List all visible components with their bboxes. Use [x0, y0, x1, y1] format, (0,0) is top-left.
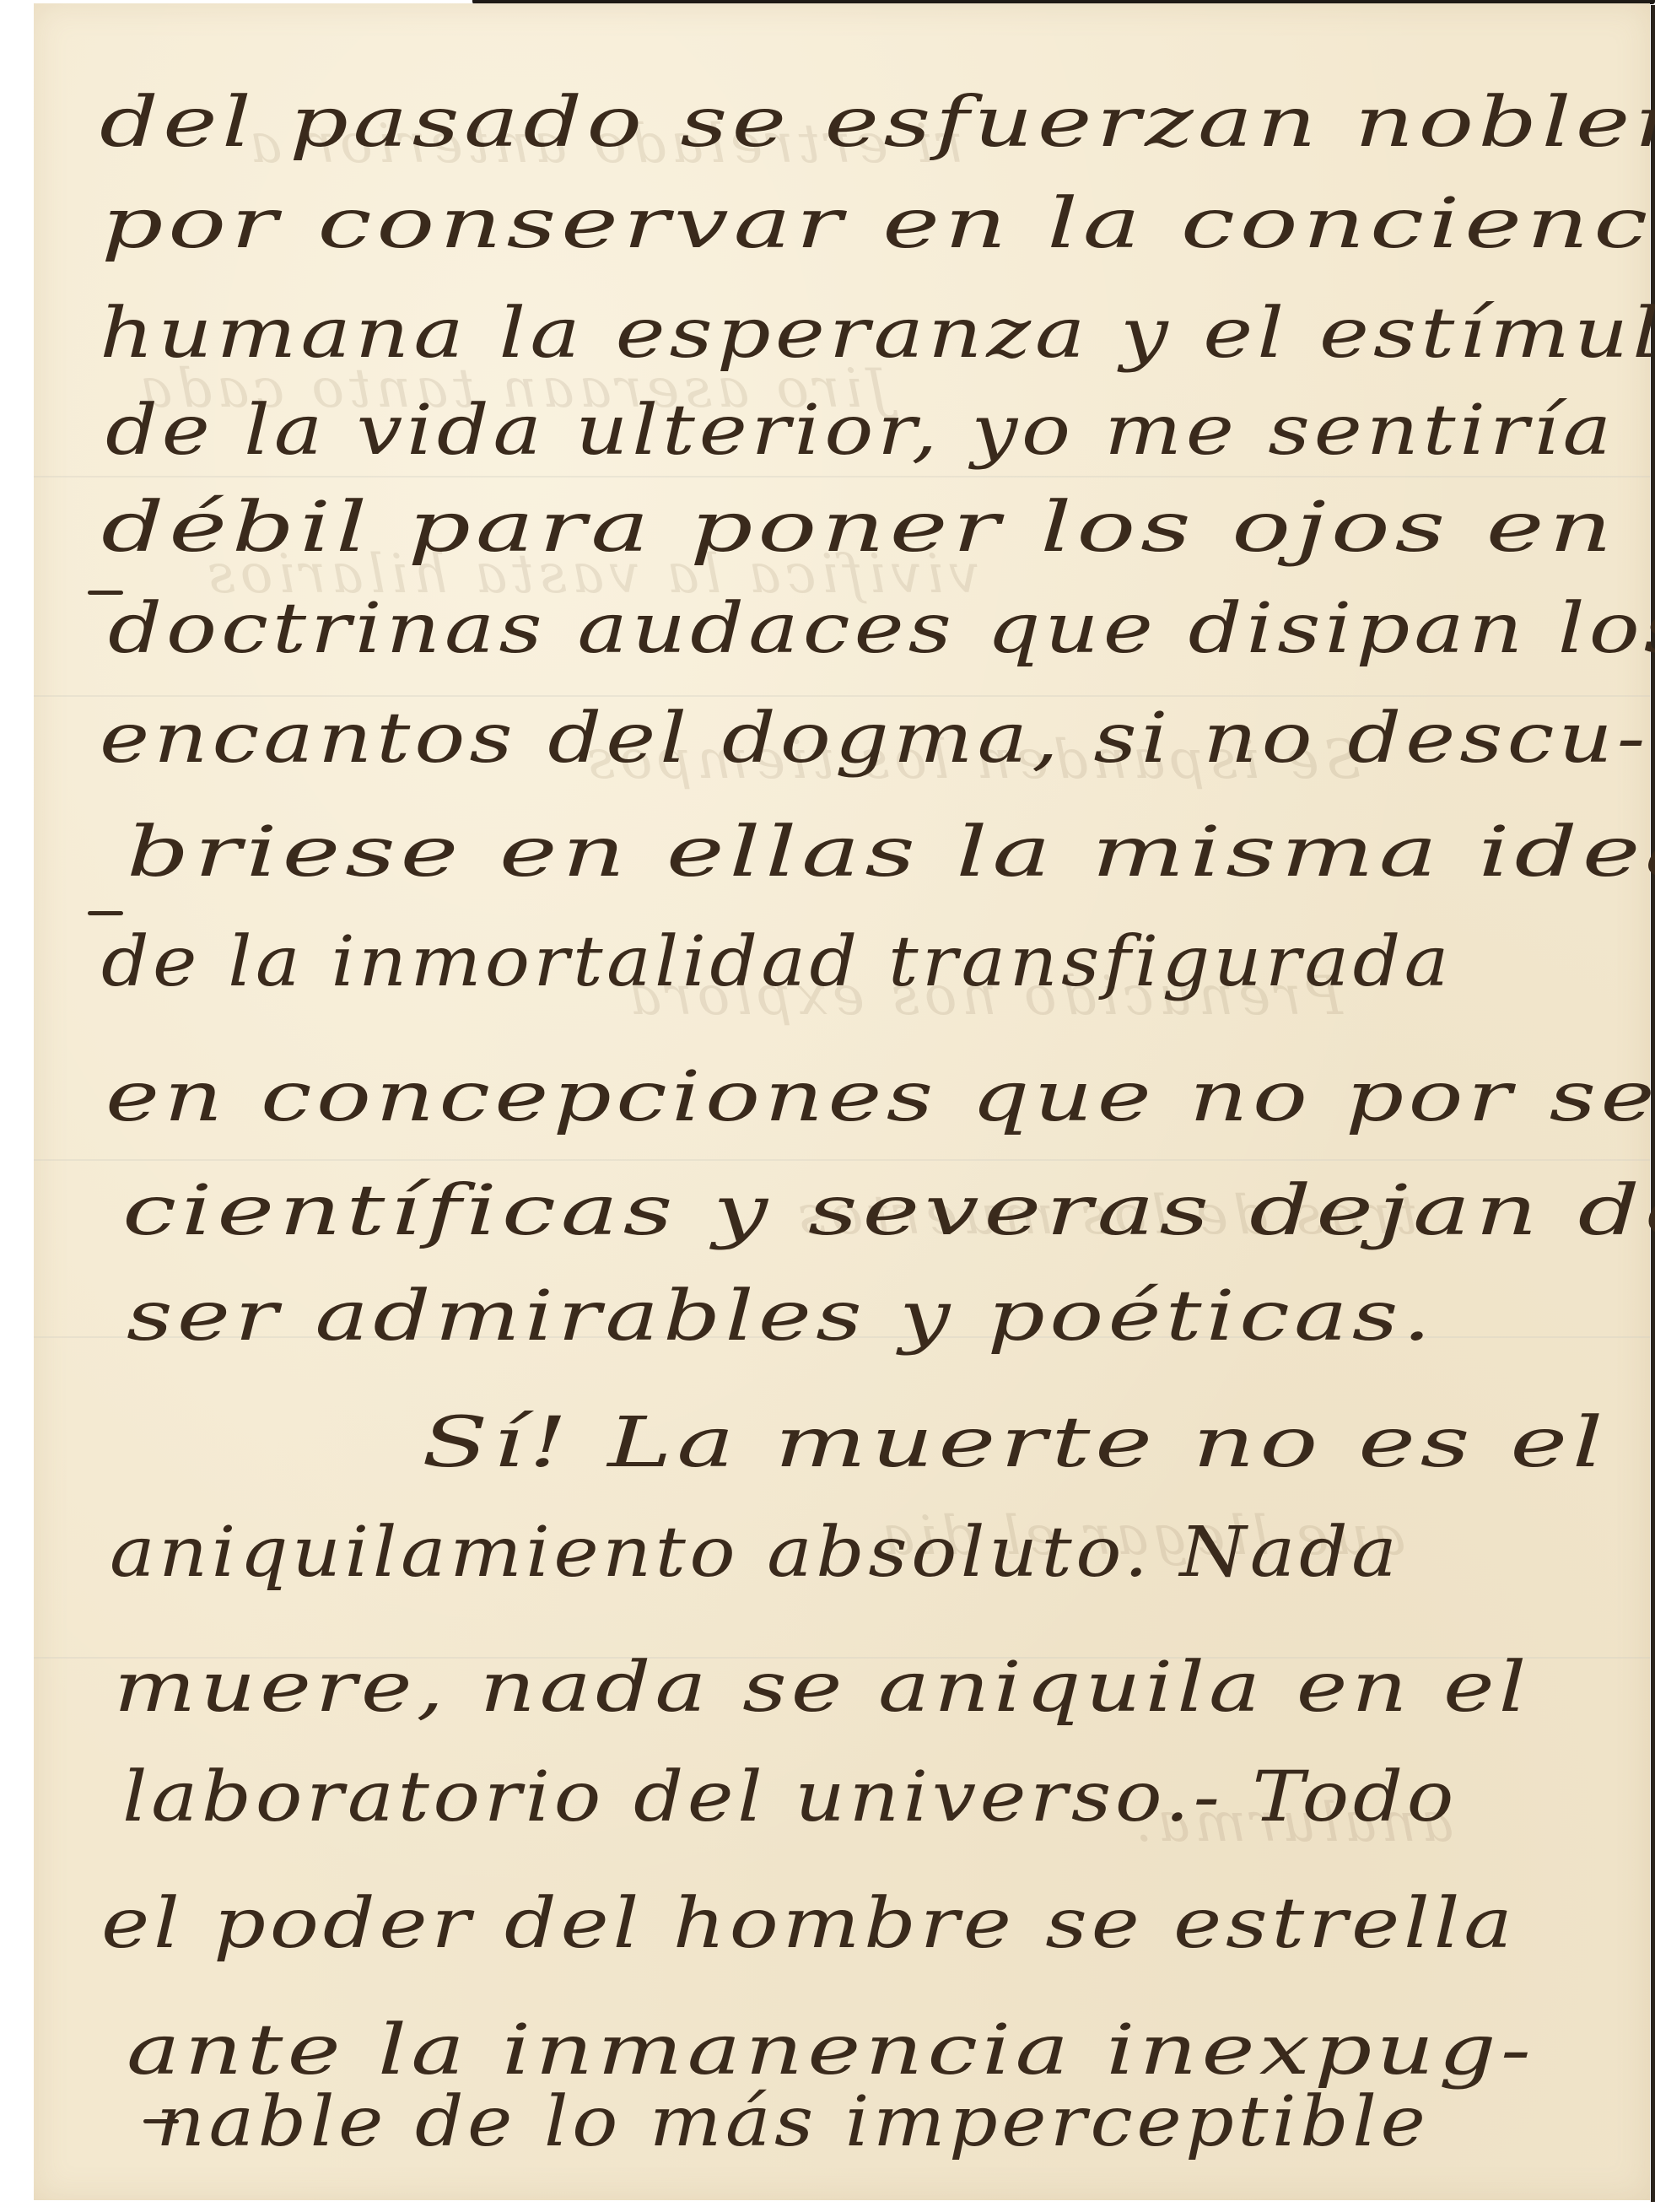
- manuscript-line: débil para poner los ojos en las: [101, 494, 1655, 563]
- manuscript-line: de la inmortalidad transfigurada: [101, 928, 1453, 997]
- manuscript-line: doctrinas audaces que disipan los: [108, 595, 1655, 664]
- manuscript-line: laboratorio del universo.- Todo: [122, 1763, 1458, 1832]
- manuscript-line: científicas y severas dejan de: [122, 1177, 1655, 1246]
- manuscript-line: humana la esperanza y el estímulo: [100, 299, 1655, 369]
- manuscript-line: en concepciones que no por ser: [105, 1063, 1655, 1132]
- manuscript-line: nable de lo más imperceptible: [156, 2088, 1429, 2157]
- margin-hyphen: [88, 911, 123, 915]
- manuscript-line: ser admirables y poéticas.: [127, 1282, 1436, 1351]
- manuscript-line: ante la inmanencia inexpug-: [127, 2016, 1535, 2085]
- manuscript-line: el poder del hombre se estrella: [101, 1890, 1517, 1959]
- manuscript-line: muere, nada se aniquila en el: [114, 1654, 1530, 1723]
- manuscript-line: del pasado se esfuerzan noblemente: [100, 89, 1655, 158]
- manuscript-line: por conservar en la conciencia: [101, 190, 1655, 259]
- ruled-line: [34, 476, 1650, 477]
- manuscript-line: Sí! La muerte no es el: [422, 1409, 1608, 1478]
- ruled-line: [34, 1159, 1650, 1161]
- manuscript-line: de la vida ulterior, yo me sentiría: [105, 397, 1615, 466]
- manuscript-line: aniquilamiento absoluto. Nada: [110, 1519, 1400, 1588]
- manuscript-line: briese en ellas la misma idea: [127, 818, 1655, 887]
- manuscript-line: encantos del dogma, si no descu-: [100, 704, 1649, 774]
- ruled-line: [34, 695, 1650, 697]
